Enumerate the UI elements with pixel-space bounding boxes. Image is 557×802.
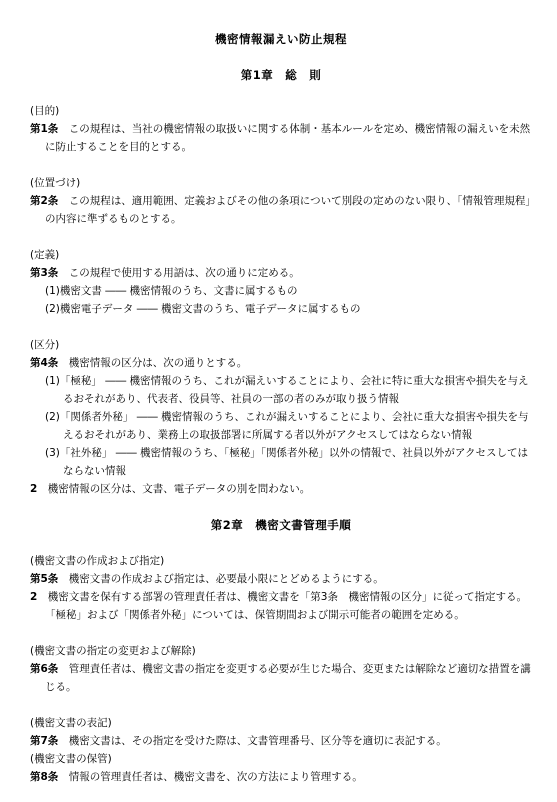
line-text: (区分) bbox=[30, 339, 59, 351]
line-text: 機密文書の作成および指定は、必要最小限にとどめるようにする。 bbox=[58, 573, 384, 585]
section-label: (機密文書の保管) bbox=[30, 750, 532, 768]
document-body: 機密情報漏えい防止規程第1章 総 則(目的)第1条 この規程は、当社の機密情報の… bbox=[0, 0, 557, 786]
continuation-line: (2)機密電子データ ―― 機密文書のうち、電子データに属するもの bbox=[30, 300, 532, 318]
article-number: 第3条 bbox=[30, 267, 58, 279]
continuation-line: えるおそれがあり、業務上の取扱部署に所属する者以外がアクセスしてはならない情報 bbox=[30, 426, 532, 444]
line-text: (機密文書の保管) bbox=[30, 753, 112, 765]
article-line: 第4条 機密情報の区分は、次の通りとする。 bbox=[30, 354, 532, 372]
line-text: 機密情報の区分は、次の通りとする。 bbox=[58, 357, 247, 369]
chapter-heading: 第1章 総 則 bbox=[30, 66, 532, 84]
continuation-line: の内容に準ずるものとする。 bbox=[30, 210, 532, 228]
section-label: (機密文書の作成および指定) bbox=[30, 552, 532, 570]
article-number: 第5条 bbox=[30, 573, 58, 585]
line-text: 管理責任者は、機密文書の指定を変更する必要が生じた場合、変更または解除など適切な… bbox=[58, 663, 531, 675]
article-number: 第8条 bbox=[30, 771, 58, 783]
article-number: 第6条 bbox=[30, 663, 58, 675]
section-label: (機密文書の表記) bbox=[30, 714, 532, 732]
line-text: この規程は、適用範囲、定義およびその他の条項について別段の定めのない限り、「情報… bbox=[58, 195, 532, 207]
line-text: (機密文書の表記) bbox=[30, 717, 112, 729]
blank-line bbox=[30, 318, 532, 336]
article-line: 第5条 機密文書の作成および指定は、必要最小限にとどめるようにする。 bbox=[30, 570, 532, 588]
line-text: 機密文書は、その指定を受けた際は、文書管理番号、区分等を適切に表記する。 bbox=[58, 735, 447, 747]
continuation-line: じる。 bbox=[30, 678, 532, 696]
blank-line bbox=[30, 696, 532, 714]
continuation-line: (3)「社外秘」 ―― 機密情報のうち、「極秘」「関係者外秘」以外の情報で、社員… bbox=[30, 444, 532, 462]
continuation-line: るおそれがあり、代表者、役員等、社員の一部の者のみが取り扱う情報 bbox=[30, 390, 532, 408]
document-title: 機密情報漏えい防止規程 bbox=[30, 30, 532, 48]
line-text: (機密文書の指定の変更および解除) bbox=[30, 645, 196, 657]
line-text: (3)「社外秘」 ―― 機密情報のうち、「極秘」「関係者外秘」以外の情報で、社員… bbox=[45, 447, 528, 459]
document-page: 機密情報漏えい防止規程第1章 総 則(目的)第1条 この規程は、当社の機密情報の… bbox=[0, 0, 557, 802]
clause-line: 2 機密文書を保有する部署の管理責任者は、機密文書を「第3条 機密情報の区分」に… bbox=[30, 588, 532, 606]
blank-line bbox=[30, 48, 532, 66]
line-text: (定義) bbox=[30, 249, 59, 261]
blank-line bbox=[30, 534, 532, 552]
article-number: 第4条 bbox=[30, 357, 58, 369]
continuation-line: に防止することを目的とする。 bbox=[30, 138, 532, 156]
line-text: (2)「関係者外秘」 ―― 機密情報のうち、これが漏えいすることにより、会社に重… bbox=[45, 411, 529, 423]
article-line: 第3条 この規程で使用する用語は、次の通りに定める。 bbox=[30, 264, 532, 282]
article-number: 第1条 bbox=[30, 123, 58, 135]
section-label: (位置づけ) bbox=[30, 174, 532, 192]
article-line: 第1条 この規程は、当社の機密情報の取扱いに関する体制・基本ルールを定め、機密情… bbox=[30, 120, 532, 138]
section-label: (機密文書の指定の変更および解除) bbox=[30, 642, 532, 660]
line-text: えるおそれがあり、業務上の取扱部署に所属する者以外がアクセスしてはならない情報 bbox=[63, 429, 472, 441]
line-text: 「極秘」および「関係者外秘」については、保管期間および開示可能者の範囲を定める。 bbox=[45, 609, 465, 621]
chapter-heading: 第2章 機密文書管理手順 bbox=[30, 516, 532, 534]
article-line: 第2条 この規程は、適用範囲、定義およびその他の条項について別段の定めのない限り… bbox=[30, 192, 532, 210]
continuation-line: ならない情報 bbox=[30, 462, 532, 480]
line-text: るおそれがあり、代表者、役員等、社員の一部の者のみが取り扱う情報 bbox=[63, 393, 399, 405]
continuation-line: (2)「関係者外秘」 ―― 機密情報のうち、これが漏えいすることにより、会社に重… bbox=[30, 408, 532, 426]
article-number: 第7条 bbox=[30, 735, 58, 747]
line-text: に防止することを目的とする。 bbox=[45, 141, 192, 153]
section-label: (定義) bbox=[30, 246, 532, 264]
line-text: ならない情報 bbox=[63, 465, 126, 477]
line-text: (位置づけ) bbox=[30, 177, 80, 189]
line-text: じる。 bbox=[45, 681, 77, 693]
article-line: 第8条 情報の管理責任者は、機密文書を、次の方法により管理する。 bbox=[30, 768, 532, 786]
line-text: (2)機密電子データ ―― 機密文書のうち、電子データに属するもの bbox=[45, 303, 361, 315]
line-text: (1)機密文書 ―― 機密情報のうち、文書に属するもの bbox=[45, 285, 298, 297]
line-text: (機密文書の作成および指定) bbox=[30, 555, 164, 567]
continuation-line: (1)「極秘」 ―― 機密情報のうち、これが漏えいすることにより、会社に特に重大… bbox=[30, 372, 532, 390]
clause-line: 2 機密情報の区分は、文書、電子データの別を問わない。 bbox=[30, 480, 532, 498]
line-text: 第2章 機密文書管理手順 bbox=[211, 518, 352, 532]
line-text: 第1章 総 則 bbox=[241, 68, 322, 82]
article-number: 第2条 bbox=[30, 195, 58, 207]
line-text: 機密文書を保有する部署の管理責任者は、機密文書を「第3条 機密情報の区分」に従っ… bbox=[37, 591, 527, 603]
article-line: 第7条 機密文書は、その指定を受けた際は、文書管理番号、区分等を適切に表記する。 bbox=[30, 732, 532, 750]
blank-line bbox=[30, 84, 532, 102]
blank-line bbox=[30, 498, 532, 516]
blank-line bbox=[30, 624, 532, 642]
section-label: (目的) bbox=[30, 102, 532, 120]
line-text: (1)「極秘」 ―― 機密情報のうち、これが漏えいすることにより、会社に特に重大… bbox=[45, 375, 529, 387]
line-text: 機密情報漏えい防止規程 bbox=[215, 32, 347, 46]
line-text: 情報の管理責任者は、機密文書を、次の方法により管理する。 bbox=[58, 771, 363, 783]
section-label: (区分) bbox=[30, 336, 532, 354]
line-text: (目的) bbox=[30, 105, 59, 117]
line-text: の内容に準ずるものとする。 bbox=[45, 213, 182, 225]
blank-line bbox=[30, 228, 532, 246]
continuation-line: 「極秘」および「関係者外秘」については、保管期間および開示可能者の範囲を定める。 bbox=[30, 606, 532, 624]
blank-line bbox=[30, 156, 532, 174]
continuation-line: (1)機密文書 ―― 機密情報のうち、文書に属するもの bbox=[30, 282, 532, 300]
article-line: 第6条 管理責任者は、機密文書の指定を変更する必要が生じた場合、変更または解除な… bbox=[30, 660, 532, 678]
line-text: この規程で使用する用語は、次の通りに定める。 bbox=[58, 267, 300, 279]
line-text: 機密情報の区分は、文書、電子データの別を問わない。 bbox=[37, 483, 310, 495]
line-text: この規程は、当社の機密情報の取扱いに関する体制・基本ルールを定め、機密情報の漏え… bbox=[58, 123, 530, 135]
